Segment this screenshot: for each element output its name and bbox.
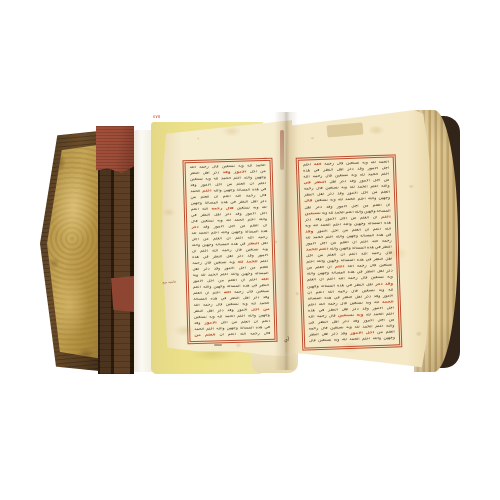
word: رحمه bbox=[258, 236, 268, 241]
word: وبه bbox=[305, 224, 311, 229]
word: العلم bbox=[340, 241, 349, 246]
word: الأمور bbox=[359, 179, 370, 184]
word: الأمور bbox=[201, 183, 211, 188]
word: هذه bbox=[243, 284, 250, 288]
word: نستعين bbox=[194, 315, 207, 320]
word: أهل bbox=[261, 242, 268, 246]
word: اعلم bbox=[262, 320, 270, 325]
word: وقد bbox=[353, 320, 360, 325]
word: ذكر bbox=[260, 200, 266, 204]
word: أجل bbox=[382, 167, 389, 172]
word: أجل bbox=[339, 217, 346, 222]
word: اعلم bbox=[360, 240, 368, 245]
word: رحمه bbox=[348, 277, 358, 282]
word: من bbox=[384, 179, 390, 184]
rubric-word: نستعين bbox=[338, 314, 354, 319]
word: ذكر bbox=[365, 295, 372, 300]
word: هذه bbox=[210, 297, 217, 301]
word: وجهين bbox=[191, 202, 202, 207]
word: وقد bbox=[235, 213, 242, 217]
word: قال bbox=[316, 187, 323, 192]
word: العلم bbox=[250, 224, 259, 229]
word: أن bbox=[327, 266, 332, 271]
word: والله bbox=[307, 273, 316, 278]
right-text-block: الحمدللهوبهنستعينقالرحمهاللهاعلمأجلالأمو… bbox=[298, 156, 401, 348]
word: المسألة bbox=[352, 247, 366, 252]
word: وقد bbox=[326, 205, 333, 210]
manuscript-line: قالرحمهاللهاعلمأنالعلممن bbox=[194, 331, 270, 337]
word: الحمد bbox=[199, 231, 209, 236]
word: اعلم bbox=[308, 303, 316, 308]
word: المسألة bbox=[240, 326, 254, 331]
word: هذه bbox=[303, 169, 310, 174]
word: وقد bbox=[214, 267, 221, 271]
word: الله bbox=[247, 236, 253, 240]
word: لله bbox=[247, 164, 252, 168]
word: أجل bbox=[351, 204, 358, 209]
word: قال bbox=[212, 165, 219, 169]
rubric-word: أعلم bbox=[202, 189, 212, 194]
word: أعلم bbox=[247, 218, 255, 223]
word: أعلم bbox=[206, 327, 214, 332]
word: قال bbox=[329, 314, 336, 319]
word: أهل bbox=[192, 268, 199, 272]
word: الأمور bbox=[383, 294, 394, 299]
word: وقد bbox=[362, 307, 369, 312]
word: الله bbox=[328, 290, 335, 295]
word: من bbox=[231, 320, 237, 324]
word: لله bbox=[313, 224, 318, 229]
word: الأمور bbox=[372, 307, 383, 312]
word: في bbox=[357, 271, 363, 276]
word: نستعين bbox=[325, 187, 338, 192]
word: الحمد bbox=[194, 327, 204, 332]
word: ذكر bbox=[352, 308, 359, 313]
word: هذه bbox=[256, 326, 263, 330]
word: المسألة bbox=[205, 201, 219, 206]
word: نستعين bbox=[256, 290, 269, 295]
word: هذه bbox=[221, 201, 228, 205]
word: اعلم bbox=[258, 182, 266, 187]
word: أن bbox=[386, 203, 391, 208]
word: قال bbox=[260, 194, 267, 198]
word: في bbox=[221, 297, 227, 301]
word: ذكر bbox=[315, 205, 322, 210]
rubric-word: الأمور bbox=[204, 321, 217, 326]
rubric-word: أعلم bbox=[319, 248, 329, 253]
word: العلم bbox=[241, 320, 250, 325]
word: رحمه bbox=[372, 252, 382, 257]
word: من bbox=[203, 237, 209, 241]
word: لله bbox=[213, 177, 218, 181]
word: قال bbox=[361, 277, 368, 282]
rubric-word: ذكر bbox=[375, 282, 383, 287]
word: لله bbox=[226, 219, 231, 223]
word: رحمه bbox=[234, 290, 244, 295]
word: قال bbox=[325, 175, 332, 180]
word: والله bbox=[244, 176, 252, 181]
word: نستعين bbox=[362, 289, 375, 294]
word: أن bbox=[219, 333, 223, 337]
word: النظر bbox=[354, 283, 364, 288]
word: الأمور bbox=[347, 192, 358, 197]
word: المسألة bbox=[331, 272, 345, 277]
word: الأمور bbox=[237, 308, 247, 313]
word: في bbox=[366, 258, 372, 263]
word: لله bbox=[350, 186, 355, 191]
rubric-word: الأمور bbox=[234, 170, 247, 175]
flap-gilt-panel bbox=[40, 128, 104, 374]
word: الحمد bbox=[334, 211, 344, 216]
word: في bbox=[203, 255, 209, 259]
word: قال bbox=[264, 331, 271, 335]
word: هذه bbox=[348, 271, 355, 276]
word: ذكر bbox=[253, 296, 259, 300]
word: النظر bbox=[323, 169, 333, 174]
word: الأمور bbox=[306, 242, 317, 247]
word: الحمد bbox=[221, 177, 231, 182]
word: المسألة bbox=[368, 222, 382, 227]
word: لله bbox=[251, 302, 256, 306]
rubric-word: رحمه bbox=[211, 207, 222, 212]
word: أهل bbox=[329, 181, 336, 186]
word: المسألة bbox=[376, 209, 390, 214]
word: أهل bbox=[355, 295, 362, 300]
word: النظر bbox=[328, 308, 338, 313]
word: الأمور bbox=[246, 212, 256, 217]
word: أعلم bbox=[375, 325, 383, 330]
word: هذه bbox=[376, 234, 383, 239]
word: أن bbox=[319, 278, 324, 283]
word: وجهين bbox=[317, 272, 329, 277]
word: الحمد bbox=[313, 236, 323, 241]
word: الله bbox=[193, 304, 199, 308]
word: أهل bbox=[377, 270, 384, 275]
word: وبه bbox=[217, 219, 223, 223]
word: الحمد bbox=[208, 273, 218, 278]
word: أعلم bbox=[233, 177, 241, 182]
word: في bbox=[334, 296, 340, 301]
word: رحمه bbox=[222, 249, 232, 254]
word: رحمه bbox=[304, 188, 314, 193]
word: اعلم bbox=[235, 236, 243, 241]
word: النظر bbox=[239, 200, 249, 205]
word: لله bbox=[371, 161, 376, 166]
word: أجل bbox=[306, 254, 313, 259]
word: الحمد bbox=[225, 315, 235, 320]
word: من bbox=[377, 331, 383, 336]
word: أعلم bbox=[362, 338, 370, 343]
word: أهل bbox=[342, 308, 349, 313]
word: أعلم bbox=[325, 235, 333, 240]
word: وبه bbox=[346, 326, 352, 331]
word: اعلم bbox=[200, 249, 208, 254]
word: الحمد bbox=[368, 173, 378, 178]
gutter-shadow bbox=[274, 112, 298, 370]
folio-number-mark: ٤٧٥ bbox=[153, 116, 160, 121]
word: وجهين bbox=[255, 176, 266, 181]
word: أهل bbox=[207, 309, 214, 313]
word: نستعين bbox=[201, 219, 214, 224]
word: والله bbox=[221, 231, 229, 236]
word: المسألة bbox=[321, 284, 335, 289]
word: أن bbox=[192, 250, 196, 254]
word: الحمد bbox=[345, 198, 355, 203]
word: نستعين bbox=[318, 339, 331, 344]
word: العلم bbox=[386, 331, 395, 336]
word: العلم bbox=[315, 266, 324, 271]
word: في bbox=[308, 321, 314, 326]
word: أجل bbox=[215, 183, 222, 187]
word: أهل bbox=[322, 333, 329, 338]
rubric-word: العلم bbox=[205, 333, 216, 338]
word: وقد bbox=[194, 321, 201, 325]
word: نستعين bbox=[350, 301, 363, 306]
rubric-word: وقد bbox=[223, 171, 231, 176]
word: وبه bbox=[362, 161, 368, 166]
word: وقد bbox=[190, 184, 197, 188]
word: هذه bbox=[357, 259, 364, 264]
word: وقد bbox=[227, 309, 234, 313]
word: وبه bbox=[322, 211, 328, 216]
word: العلم bbox=[200, 195, 209, 200]
word: العلم bbox=[381, 191, 390, 196]
word: الله bbox=[361, 253, 368, 258]
word: وقد bbox=[247, 254, 254, 258]
word: نستعين bbox=[222, 165, 235, 170]
word: في bbox=[230, 201, 236, 205]
word: المسألة bbox=[341, 259, 355, 264]
word: هذه bbox=[252, 188, 259, 192]
word: النظر bbox=[309, 333, 319, 338]
word: الله bbox=[212, 249, 218, 253]
word: المسألة bbox=[236, 188, 250, 193]
word: وقد bbox=[357, 168, 364, 173]
word: اعلم bbox=[249, 278, 257, 283]
word: ذكر bbox=[340, 180, 347, 185]
word: أعلم bbox=[386, 312, 394, 317]
word: في bbox=[346, 283, 352, 288]
word: أن bbox=[373, 216, 378, 221]
word: العلم bbox=[193, 291, 202, 296]
word: أجل bbox=[192, 238, 199, 242]
word: أجل bbox=[320, 242, 327, 247]
word: نستعين bbox=[237, 206, 250, 211]
word: الله bbox=[372, 240, 379, 245]
word: وجهين bbox=[364, 210, 376, 215]
word: والله bbox=[336, 235, 345, 240]
rubric-word: الله bbox=[261, 278, 269, 283]
word: من bbox=[350, 216, 356, 221]
word: والله bbox=[216, 327, 224, 332]
rubric-word: الله bbox=[314, 163, 322, 168]
rubric-word: الحمد bbox=[306, 248, 318, 253]
word: الأمور bbox=[368, 167, 379, 172]
word: العلم bbox=[213, 237, 222, 242]
word: من bbox=[306, 267, 312, 272]
word: أهل bbox=[214, 213, 221, 217]
word: والله bbox=[203, 285, 211, 290]
word: العلم bbox=[307, 279, 316, 284]
word: أن bbox=[340, 253, 345, 258]
word: وبه bbox=[229, 261, 235, 265]
word: أهل bbox=[332, 320, 339, 325]
word: والله bbox=[330, 247, 339, 252]
word: العلم bbox=[260, 266, 269, 271]
word: وبه bbox=[341, 186, 347, 191]
word: وبه bbox=[262, 248, 268, 252]
word: أعلم bbox=[358, 198, 366, 203]
word: أجل bbox=[361, 192, 368, 197]
left-text-block: الحمدللهوبهنستعينقالرحمهاللهمنأجلالأمورو… bbox=[185, 160, 276, 342]
word: والله bbox=[231, 272, 239, 277]
word: وبه bbox=[330, 199, 336, 204]
word: والله bbox=[213, 189, 221, 194]
rubric-word: نستعين bbox=[305, 212, 321, 217]
word: قال bbox=[216, 303, 223, 307]
word: أهل bbox=[366, 283, 373, 288]
word: وقد bbox=[315, 218, 322, 223]
word: المسألة bbox=[255, 272, 269, 277]
word: نستعين bbox=[335, 174, 348, 179]
word: وبه bbox=[334, 339, 340, 344]
word: النظر bbox=[194, 309, 204, 314]
word: الأمور bbox=[325, 217, 336, 222]
word: قال bbox=[204, 261, 211, 265]
word: الله bbox=[385, 227, 392, 232]
rubric-word: الأمور bbox=[350, 332, 363, 337]
word: الله bbox=[235, 195, 241, 199]
word: النظر bbox=[382, 246, 392, 251]
word: النظر bbox=[190, 172, 200, 177]
word: أهل bbox=[337, 168, 344, 173]
word: الحمد bbox=[373, 313, 383, 318]
word: أعلم bbox=[237, 314, 245, 319]
word: أهل bbox=[385, 258, 392, 263]
word: هذه bbox=[367, 246, 374, 251]
word: اعلم bbox=[223, 195, 231, 200]
word: قال bbox=[321, 327, 328, 332]
gutter-page-edge-mark bbox=[280, 130, 284, 170]
word: لله bbox=[342, 338, 347, 343]
word: نستعين bbox=[346, 162, 359, 167]
word: وبه bbox=[253, 206, 259, 210]
word: الأمور bbox=[317, 230, 328, 235]
word: وقد bbox=[263, 296, 270, 300]
word: الحمد bbox=[357, 186, 367, 191]
word: أعلم bbox=[193, 286, 201, 291]
word: الأمور bbox=[258, 254, 268, 259]
word: أجل bbox=[221, 321, 228, 325]
word: اعلم bbox=[191, 208, 199, 213]
word: وبه bbox=[238, 165, 244, 169]
word: أعلم bbox=[306, 260, 314, 265]
word: اعلم bbox=[316, 291, 324, 296]
word: اعلم bbox=[303, 163, 311, 168]
word: أن bbox=[249, 182, 253, 186]
rubric-word: وبه bbox=[356, 313, 363, 318]
word: نستعين bbox=[379, 264, 392, 269]
word: الله bbox=[338, 278, 345, 283]
word: النظر bbox=[373, 258, 383, 263]
word: وجهين bbox=[202, 243, 213, 248]
word: وجهين bbox=[379, 197, 391, 202]
scribal-tail-mark bbox=[214, 344, 222, 346]
word: لله bbox=[354, 326, 359, 331]
word: الحمد bbox=[349, 338, 359, 343]
word: رحمه bbox=[317, 315, 327, 320]
word: هذه bbox=[308, 309, 315, 314]
word: في bbox=[375, 246, 381, 251]
word: أجل bbox=[260, 212, 267, 216]
word: ذكر bbox=[237, 254, 243, 258]
word: أن bbox=[205, 291, 209, 295]
word: المسألة bbox=[308, 297, 322, 302]
word: اعلم bbox=[373, 228, 381, 233]
word: رحمه bbox=[382, 240, 392, 245]
rubric-word: قال bbox=[304, 200, 312, 205]
word: الله bbox=[303, 175, 310, 180]
word: قال bbox=[235, 248, 242, 252]
word: النظر bbox=[259, 284, 269, 289]
word: في bbox=[261, 188, 267, 192]
word: الأمور bbox=[214, 225, 224, 230]
word: هذه bbox=[324, 296, 331, 301]
word: وجهين bbox=[327, 260, 339, 265]
word: نستعين bbox=[214, 261, 227, 266]
word: ذكر bbox=[203, 267, 209, 271]
word: وجهين bbox=[307, 285, 319, 290]
word: وبه bbox=[209, 315, 215, 319]
word: رحمه bbox=[328, 302, 338, 307]
word: رحمه bbox=[250, 332, 260, 337]
word: في bbox=[314, 169, 320, 174]
word: والله bbox=[248, 314, 256, 319]
word: من bbox=[250, 266, 256, 270]
manuscript-line: وجهينواللهأعلمالحمدللهوبهنستعينقال bbox=[309, 337, 395, 344]
rubric-word: وقد bbox=[305, 230, 313, 235]
word: الحمد bbox=[378, 161, 388, 166]
word: من bbox=[342, 229, 348, 234]
word: الأمور bbox=[193, 279, 203, 284]
word: أعلم bbox=[211, 231, 219, 236]
word: أعلم bbox=[260, 260, 268, 265]
word: الله bbox=[347, 265, 354, 270]
word: لله bbox=[201, 273, 206, 277]
word: اعلم bbox=[349, 253, 357, 258]
word: وجهين bbox=[258, 314, 269, 319]
word: لله bbox=[388, 288, 393, 293]
word: والله bbox=[192, 244, 200, 249]
rubric-word: الحمد bbox=[382, 300, 394, 305]
rubric-word: في bbox=[304, 182, 311, 187]
word: أجل bbox=[207, 279, 214, 283]
word: قال bbox=[247, 290, 254, 294]
word: أن bbox=[214, 195, 218, 199]
word: لله bbox=[338, 199, 343, 204]
word: اعلم bbox=[212, 291, 220, 296]
word: وبه bbox=[387, 276, 393, 281]
word: أهل bbox=[304, 206, 311, 211]
word: قال bbox=[340, 302, 347, 307]
word: الحمد bbox=[320, 223, 330, 228]
word: وبه bbox=[205, 177, 211, 181]
rubric-word: الله bbox=[224, 291, 232, 296]
word: وبه bbox=[366, 301, 372, 306]
word: رحمه bbox=[324, 162, 334, 167]
rubric-word: وقد bbox=[385, 282, 393, 287]
word: نستعين bbox=[330, 326, 343, 331]
